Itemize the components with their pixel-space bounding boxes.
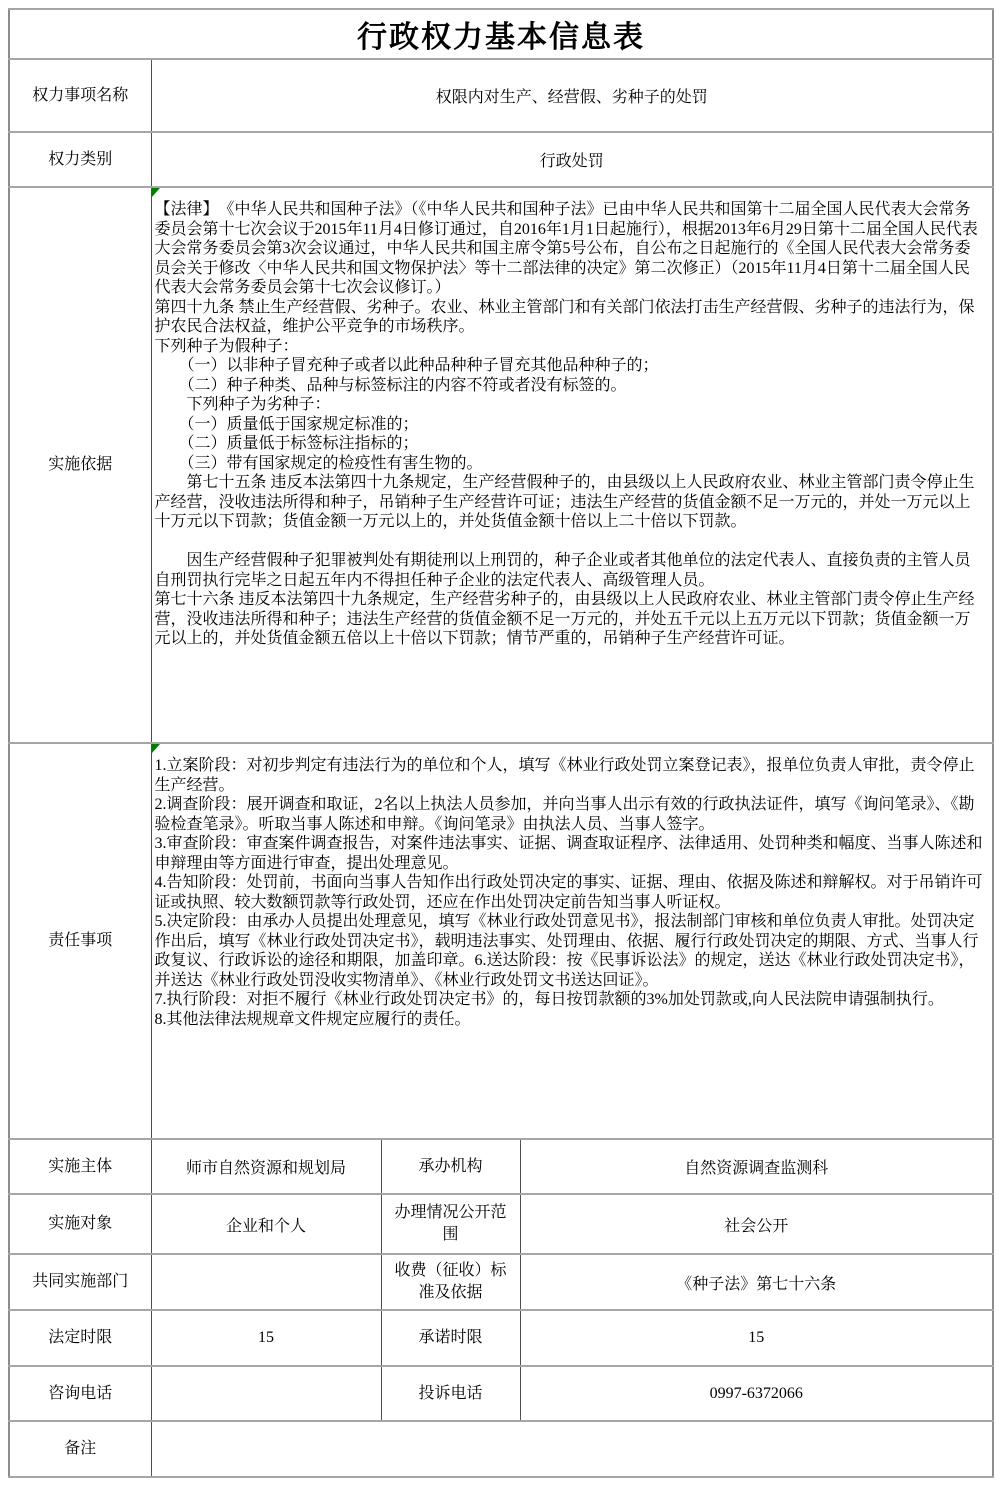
duty-text: 1.立案阶段：对初步判定有违法行为的单位和个人，填写《林业行政处罚立案登记表》，… [155,756,985,1029]
row-label-remark: 备注 [9,1421,151,1477]
row-label-impl-object: 实施对象 [9,1194,151,1254]
cell-joint-dept-value [151,1254,381,1310]
cell-consult-phone-value [151,1366,381,1421]
row-label-fee-standard: 收费（征收）标准及依据 [381,1254,520,1310]
row-label-impl-subject: 实施主体 [9,1139,151,1194]
cell-comment-marker-icon [152,188,160,197]
cell-comment-marker-icon [152,744,160,753]
row-label-item-name: 权力事项名称 [9,59,151,132]
row-label-category: 权力类别 [9,132,151,187]
cell-item-name-value: 权限内对生产、经营假、劣种子的处罚 [151,59,993,132]
cell-handling-org-value: 自然资源调查监测科 [520,1139,993,1194]
cell-complaint-phone-value: 0997-6372066 [520,1366,993,1421]
row-label-consult-phone: 咨询电话 [9,1366,151,1421]
cell-public-scope-value: 社会公开 [520,1194,993,1254]
admin-power-info-sheet: 行政权力基本信息表 权力事项名称 权限内对生产、经营假、劣种子的处罚 权力类别 … [8,8,992,1478]
cell-legal-basis: 【法律】 《中华人民共和国种子法》（《中华人民共和国种子法》已由中华人民共和国第… [151,187,993,743]
cell-duty: 1.立案阶段：对初步判定有违法行为的单位和个人，填写《林业行政处罚立案登记表》，… [151,743,993,1139]
row-label-legal-basis: 实施依据 [9,187,151,743]
cell-promise-limit-value: 15 [520,1310,993,1366]
info-table: 行政权力基本信息表 权力事项名称 权限内对生产、经营假、劣种子的处罚 权力类别 … [8,8,994,1478]
row-label-public-scope: 办理情况公开范围 [381,1194,520,1254]
cell-fee-standard-value: 《种子法》第七十六条 [520,1254,993,1310]
cell-category-value: 行政处罚 [151,132,993,187]
row-label-handling-org: 承办机构 [381,1139,520,1194]
row-label-legal-limit: 法定时限 [9,1310,151,1366]
row-label-duty: 责任事项 [9,743,151,1139]
row-label-promise-limit: 承诺时限 [381,1310,520,1366]
cell-remark-value [151,1421,993,1477]
row-label-complaint-phone: 投诉电话 [381,1366,520,1421]
legal-basis-text: 【法律】 《中华人民共和国种子法》（《中华人民共和国种子法》已由中华人民共和国第… [155,200,985,649]
row-label-joint-dept: 共同实施部门 [9,1254,151,1310]
cell-legal-limit-value: 15 [151,1310,381,1366]
page-title: 行政权力基本信息表 [9,9,993,59]
cell-impl-subject-value: 师市自然资源和规划局 [151,1139,381,1194]
cell-impl-object-value: 企业和个人 [151,1194,381,1254]
